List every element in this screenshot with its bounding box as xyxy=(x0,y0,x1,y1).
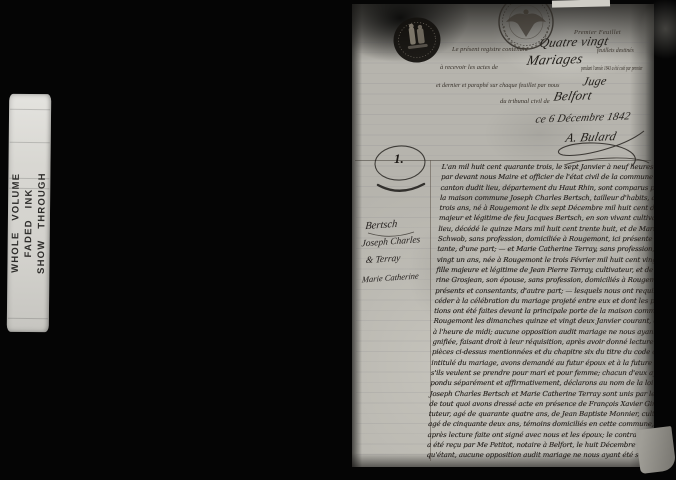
act-body-line: présents et consentants, d'autre part; —… xyxy=(435,287,654,297)
act-body-line: trois ans, né à Rougemont le dix sept Dé… xyxy=(439,204,654,214)
header-line2-printed: à recevoir les actes de xyxy=(440,64,498,71)
act-body-line: s'ils veulent se prendre pour mari et po… xyxy=(430,369,649,379)
page-corner-curl xyxy=(635,426,676,474)
strip-note-line: WHOLE VOLUME xyxy=(10,172,22,272)
act-body-line: Schwob, sans profession, domiciliée à Ro… xyxy=(438,235,654,245)
header-line1-printed: Le présent registre contenant xyxy=(452,46,528,53)
act-body-line: par devant nous Maire et officier de l'é… xyxy=(441,173,654,183)
margin-note: BertschJoseph Charles& TerrayMarie Cathe… xyxy=(358,214,435,289)
archivist-marker-strip: WHOLE VOLUMEFADED INKSHOW THROUGH xyxy=(7,94,51,332)
act-body-line: lieu, décédé le quinze Mars mil huit cen… xyxy=(438,225,654,235)
header-line2-handwritten: Mariages xyxy=(525,52,584,70)
act-body-line: a été reçu par Me Petitot, notaire à Bel… xyxy=(427,441,646,451)
act-body-line: Rougemont les dimanches quinze et vingt … xyxy=(433,317,652,327)
act-body-line: gnifiée, faisant droit à leur réquisitio… xyxy=(432,338,651,348)
header-line3-printed: et dernier et paraphé sur chaque feuille… xyxy=(436,82,559,89)
act-body-line: tuteur, agé de quarante quatre ans, de J… xyxy=(428,410,647,420)
act-body-line: céder à la célébration du mariage projet… xyxy=(434,297,653,307)
strip-crease xyxy=(8,318,48,319)
act-body-line: rine Grosjean, son épouse, sans professi… xyxy=(435,276,654,286)
act-body-line: vingt un ans, née à Rougemont le trois F… xyxy=(436,256,654,266)
strip-note-line: SHOW THROUGH xyxy=(36,172,48,274)
header-line4-handwritten: Belfort xyxy=(552,87,593,104)
act-body-line: pondu séparément et affirmativement, déc… xyxy=(430,379,649,389)
strip-note-text: WHOLE VOLUMEFADED INKSHOW THROUGH xyxy=(10,137,49,307)
act-body-line: intitulé du mariage, avons demandé au fu… xyxy=(431,359,650,369)
header-line4-printed: du tribunal civil de xyxy=(500,98,550,105)
act-body-line: pièces ci-dessus mentionnées et du chapi… xyxy=(432,348,651,358)
act-body-line: de tout quoi avons dressé acte en présen… xyxy=(429,400,648,410)
strip-note-line: FADED INK xyxy=(23,188,35,257)
microfilm-frame: WHOLE VOLUMEFADED INKSHOW THROUGH xyxy=(0,0,676,480)
act-body-line: tions ont été faites devant la principal… xyxy=(434,307,653,317)
act-body-text: L'an mil huit cent quarante trois, le se… xyxy=(426,163,654,462)
page-top-edge-sliver xyxy=(552,0,610,8)
act-body-line: qu'étant, aucune opposition audit mariag… xyxy=(426,451,645,461)
strip-crease xyxy=(10,109,50,110)
act-body-line: après lecture faite ont signé avec nous … xyxy=(427,431,646,441)
act-body-line: L'an mil huit cent quarante trois, le se… xyxy=(441,163,654,173)
act-body-line: fille majeure et légitime de Jean Pierre… xyxy=(436,266,654,276)
signature: A. Bulard xyxy=(564,129,618,146)
act-number: 1. xyxy=(394,151,404,167)
act-body-line: la maison commune Joseph Charles Bertsch… xyxy=(440,194,654,204)
header-line2-printed-after: pendant l'année 1843 a été coté par prem… xyxy=(581,66,643,72)
act-body-line: tante, d'une part; — et Marie Catherine … xyxy=(437,245,654,255)
act-body-line: agé de cinquante deux ans, témoins domic… xyxy=(428,420,647,430)
revenue-stamp-icon xyxy=(392,16,442,64)
act-body-line: canton dudit lieu, département du Haut R… xyxy=(440,184,654,194)
act-body-line: majeur et légitime de feu Jacques Bertsc… xyxy=(439,214,654,224)
header-line1-printed-after: feuillets destinés xyxy=(597,47,634,54)
act-body-line: Joseph Charles Bertsch et Marie Catherin… xyxy=(429,390,648,400)
header-date-line: ce 6 Décembre 1842 xyxy=(534,110,631,125)
act-body-line: à l'heure de midi; aucune opposition aud… xyxy=(433,328,652,338)
register-page: Premier Feuillet Le présent registre con… xyxy=(352,4,654,467)
